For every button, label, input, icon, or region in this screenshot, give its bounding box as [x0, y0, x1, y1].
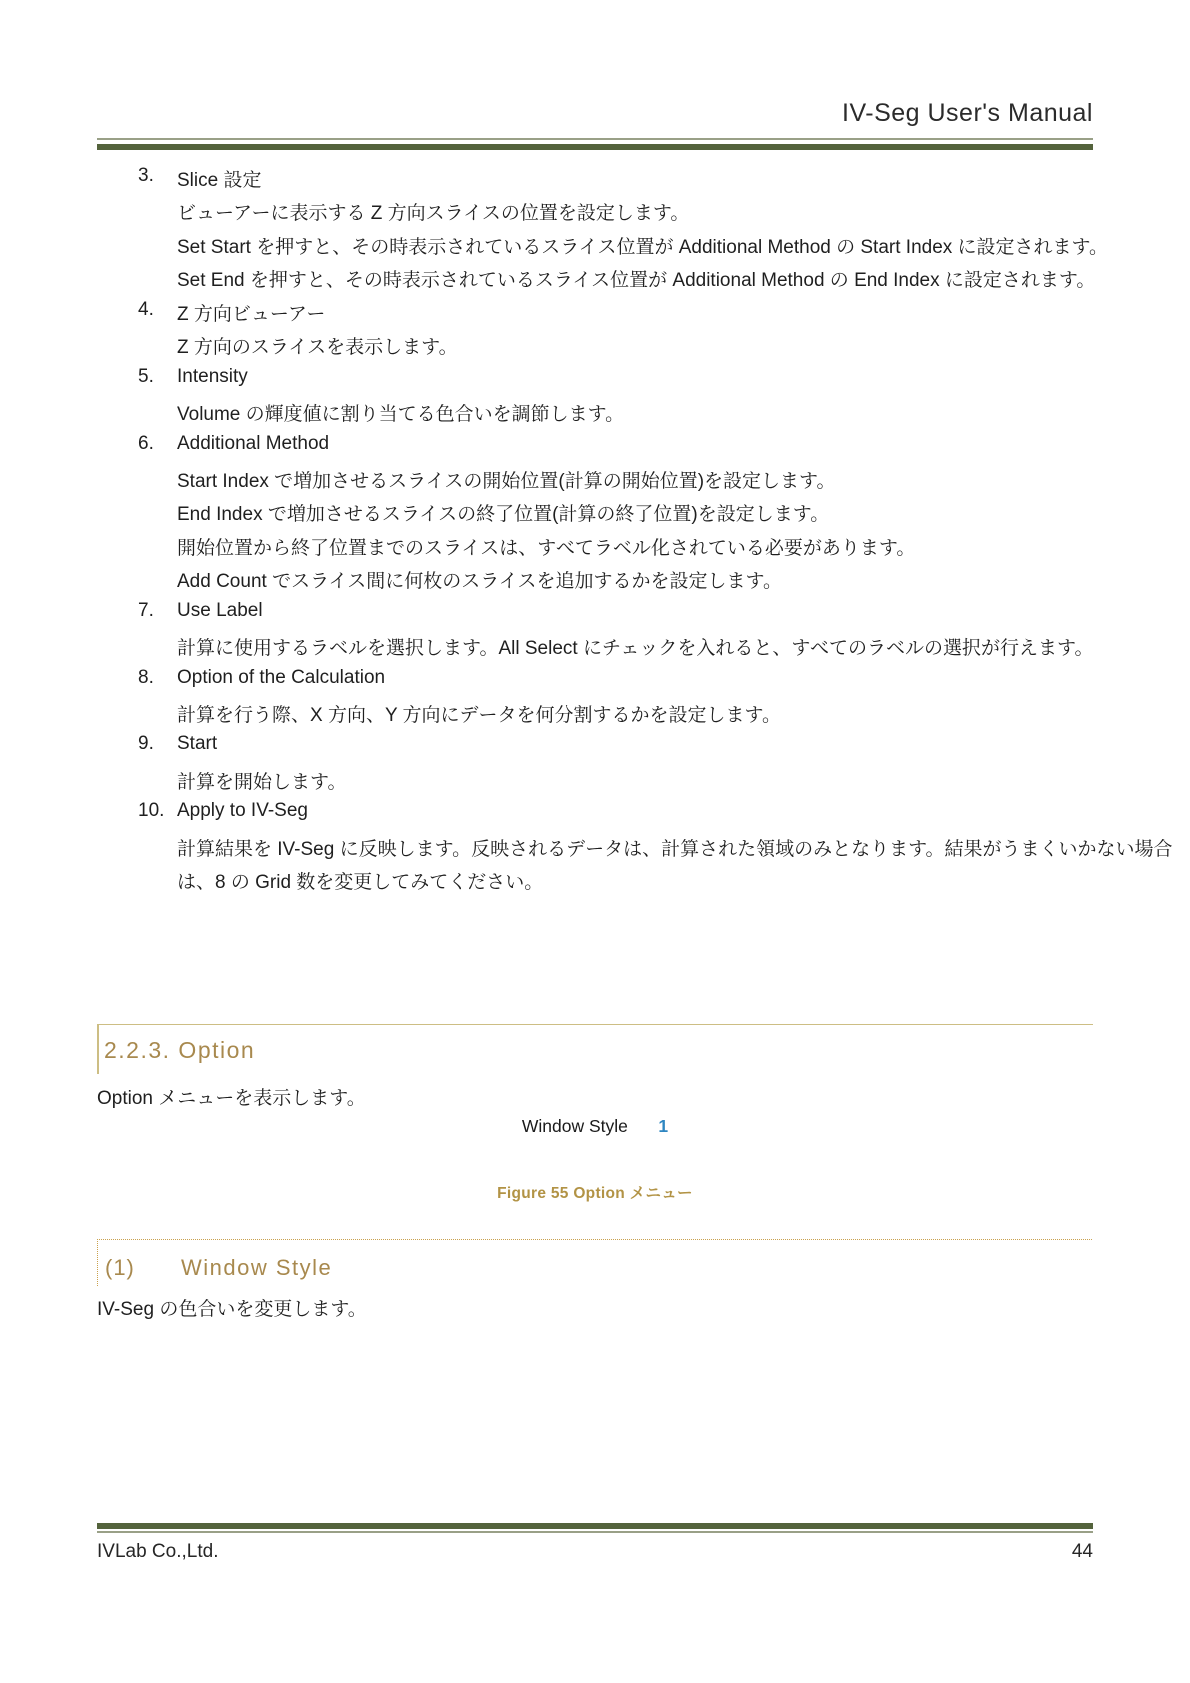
footer-rule-thin-line	[97, 1531, 1093, 1533]
footer-rule	[97, 1523, 1093, 1533]
section-window-style-number: (1)	[105, 1255, 135, 1281]
section-option-heading-box: 2.2.3. Option	[97, 1024, 1093, 1074]
list-item-line-text: 計算結果を IV-Seg に反映します。反映されるデータは、計算された領域のみと…	[177, 834, 1173, 861]
list-item-line: End Index で増加させるスライスの終了位置(計算の終了位置)を設定します…	[97, 495, 1093, 528]
list-item-line: Z 方向のスライスを表示します。	[97, 328, 1093, 361]
list-item-line-text: End Index で増加させるスライスの終了位置(計算の終了位置)を設定します…	[177, 499, 829, 526]
section-window-style-heading: Window Style	[181, 1255, 332, 1281]
section-option-body: Option メニューを表示します。	[97, 1083, 366, 1110]
list-item-line: 計算を開始します。	[97, 763, 1093, 796]
list-item-number: 7.	[138, 600, 154, 622]
list-item-title: Intensity	[177, 366, 248, 388]
list-item-title: Z 方向ビューアー	[177, 299, 325, 326]
list-item-line-text: 計算を開始します。	[177, 767, 346, 794]
list-item-line-text: Start Index で増加させるスライスの開始位置(計算の開始位置)を設定し…	[177, 466, 836, 493]
list-item-number: 4.	[138, 299, 154, 321]
list-item-line: Add Count でスライス間に何枚のスライスを追加するかを設定します。	[97, 562, 1093, 595]
list-item-number: 10.	[138, 800, 164, 822]
option-menu-figure: Window Style 1	[97, 1116, 1093, 1137]
list-item-number: 5.	[138, 366, 154, 388]
manual-page: IV-Seg User's Manual 3. Slice 設定 ビューアーに表…	[0, 0, 1190, 1683]
figure-caption: Figure 55 Option メニュー	[97, 1181, 1093, 1203]
list-item-heading: 10. Apply to IV-Seg	[97, 796, 1093, 829]
list-item-heading: 9. Start	[97, 729, 1093, 762]
list-item-line-text: 計算を行う際、X 方向、Y 方向にデータを何分割するかを設定します。	[177, 700, 781, 727]
list-item-number: 6.	[138, 433, 154, 455]
list-item-heading: 3. Slice 設定	[97, 161, 1093, 194]
list-item-line-text: 計算に使用するラベルを選択します。All Select にチェックを入れると、す…	[177, 633, 1094, 660]
header-rule-thick-bar	[97, 144, 1093, 150]
list-item-line: ビューアーに表示する Z 方向スライスの位置を設定します。	[97, 194, 1093, 227]
header-title: IV-Seg User's Manual	[97, 99, 1093, 128]
list-item-heading: 8. Option of the Calculation	[97, 663, 1093, 696]
list-item-number: 3.	[138, 165, 154, 187]
list-item-heading: 6. Additional Method	[97, 429, 1093, 462]
list-item-line-text: ビューアーに表示する Z 方向スライスの位置を設定します。	[177, 198, 689, 225]
menu-item-window-style: Window Style	[522, 1116, 628, 1136]
list-item-number: 9.	[138, 733, 154, 755]
footer-company: IVLab Co.,Ltd.	[97, 1541, 218, 1563]
list-item-line-text: Add Count でスライス間に何枚のスライスを追加するかを設定します。	[177, 566, 782, 593]
section-window-style-heading-box: (1) Window Style	[97, 1239, 1092, 1286]
list-item-line: 開始位置から終了位置までのスライスは、すべてラベル化されている必要があります。	[97, 529, 1093, 562]
list-item-title: Option of the Calculation	[177, 667, 385, 689]
list-item-heading: 7. Use Label	[97, 596, 1093, 629]
list-item-title: Additional Method	[177, 433, 329, 455]
figure-callout-1: 1	[658, 1116, 668, 1136]
list-item-line-text: Volume の輝度値に割り当てる色合いを調節します。	[177, 399, 624, 426]
footer-page-number: 44	[1072, 1541, 1093, 1563]
list-item-line-text: Set End を押すと、その時表示されているスライス位置が Additiona…	[177, 265, 1095, 292]
list-item-line-text: 開始位置から終了位置までのスライスは、すべてラベル化されている必要があります。	[177, 533, 915, 560]
list-item-title: Use Label	[177, 600, 263, 622]
list-item-line: 計算に使用するラベルを選択します。All Select にチェックを入れると、す…	[97, 629, 1093, 662]
section-window-style-body: IV-Seg の色合いを変更します。	[97, 1294, 367, 1321]
list-item-line-text: は、8 の Grid 数を変更してみてください。	[177, 867, 543, 894]
section-option-heading: 2.2.3. Option	[99, 1025, 1093, 1064]
numbered-list: 3. Slice 設定 ビューアーに表示する Z 方向スライスの位置を設定します…	[97, 161, 1093, 897]
list-item-line: Set Start を押すと、その時表示されているスライス位置が Additio…	[97, 228, 1093, 261]
list-item-line: Start Index で増加させるスライスの開始位置(計算の開始位置)を設定し…	[97, 462, 1093, 495]
list-item-line: Set End を押すと、その時表示されているスライス位置が Additiona…	[97, 261, 1093, 294]
list-item-title: Apply to IV-Seg	[177, 800, 308, 822]
header-rule	[97, 138, 1093, 150]
list-item-line: 計算結果を IV-Seg に反映します。反映されるデータは、計算された領域のみと…	[97, 830, 1093, 863]
list-item-line: は、8 の Grid 数を変更してみてください。	[97, 863, 1093, 896]
list-item-line-text: Set Start を押すと、その時表示されているスライス位置が Additio…	[177, 232, 1108, 259]
list-item-number: 8.	[138, 667, 154, 689]
list-item-line: 計算を行う際、X 方向、Y 方向にデータを何分割するかを設定します。	[97, 696, 1093, 729]
list-item-line: Volume の輝度値に割り当てる色合いを調節します。	[97, 395, 1093, 428]
page-footer: IVLab Co.,Ltd. 44	[97, 1541, 1093, 1563]
list-item-title: Slice 設定	[177, 165, 261, 192]
list-item-title: Start	[177, 733, 217, 755]
list-item-line-text: Z 方向のスライスを表示します。	[177, 332, 458, 359]
list-item-heading: 5. Intensity	[97, 362, 1093, 395]
list-item-heading: 4. Z 方向ビューアー	[97, 295, 1093, 328]
